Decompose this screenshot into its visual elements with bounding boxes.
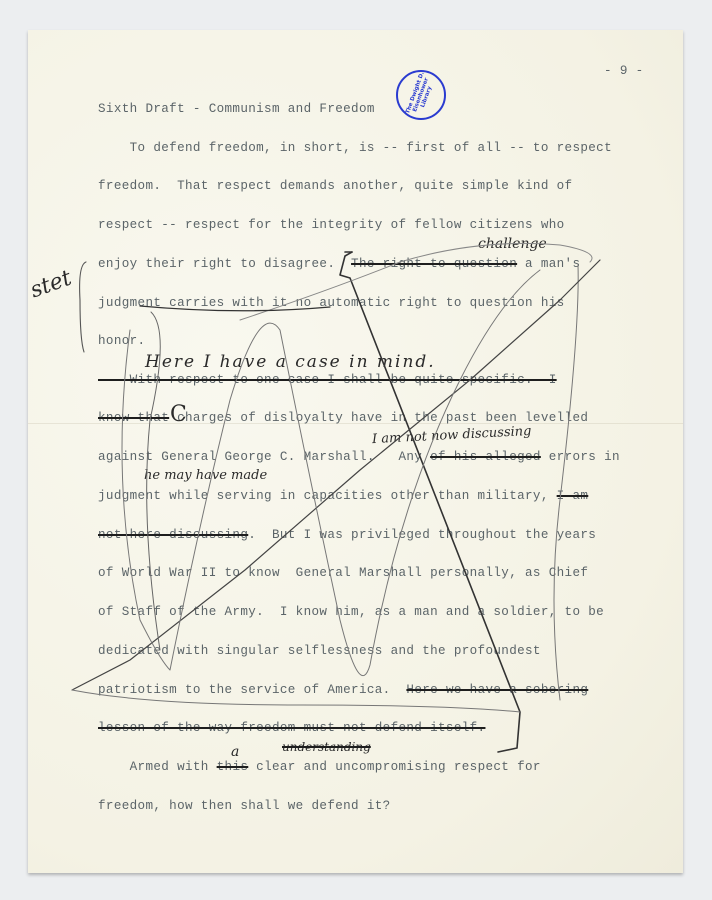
page-number: - 9 - <box>604 64 644 78</box>
typed-segment: judgment while serving in capacities oth… <box>98 489 557 503</box>
typed-segment: charges of disloyalty have in the past b… <box>169 411 588 425</box>
typed-line: To defend freedom, in short, is -- first… <box>98 141 612 155</box>
typed-line: honor. <box>98 334 145 348</box>
typed-segment: errors in <box>541 450 620 464</box>
typed-line: Armed with this clear and uncompromising… <box>98 760 541 774</box>
handwritten-case-in-mind: Here I have a case in mind. <box>145 352 436 372</box>
typed-line: enjoy their right to disagree. The right… <box>98 257 580 271</box>
typed-segment: enjoy their right to disagree. <box>98 257 351 271</box>
typed-line-struck: With respect to one case I shall be quit… <box>98 373 557 387</box>
typed-segment: Armed with <box>98 760 217 774</box>
handwritten-may-have-made: he may have made <box>144 468 267 483</box>
handwritten-a: a <box>231 744 239 760</box>
typed-line: respect -- respect for the integrity of … <box>98 218 565 232</box>
typed-line: judgment carries with it no automatic ri… <box>98 296 565 310</box>
typed-line: of World War II to know General Marshall… <box>98 566 588 580</box>
struck-segment: not here discussing <box>98 528 248 542</box>
typed-line: of Staff of the Army. I know him, as a m… <box>98 605 604 619</box>
library-stamp: The Dwight D. Eisenhower Library <box>396 70 446 120</box>
handwritten-capital-c: C <box>170 402 187 427</box>
typed-line: dedicated with singular selflessness and… <box>98 644 541 658</box>
typed-line: freedom, how then shall we defend it? <box>98 799 391 813</box>
struck-segment: Here we have a sobering <box>406 683 588 697</box>
typed-segment: . But I was privileged throughout the ye… <box>248 528 596 542</box>
handwritten-understanding: understanding <box>282 740 371 754</box>
handwritten-challenge: challenge <box>478 236 547 252</box>
document-title: Sixth Draft - Communism and Freedom <box>98 102 375 116</box>
typed-line: judgment while serving in capacities oth… <box>98 489 588 503</box>
typed-line: patriotism to the service of America. He… <box>98 683 588 697</box>
typed-segment: against General George C. Marshall. Any <box>98 450 430 464</box>
struck-segment: this <box>217 760 249 774</box>
struck-segment: of his alleged <box>430 450 541 464</box>
struck-segment: I am <box>557 489 589 503</box>
typed-segment: clear and uncompromising respect for <box>248 760 541 774</box>
typed-line: against General George C. Marshall. Any … <box>98 450 620 464</box>
typed-line: not here discussing. But I was privilege… <box>98 528 596 542</box>
struck-segment: The right to question <box>351 257 517 271</box>
typed-line-struck: lesson of the way freedom must not defen… <box>98 721 485 735</box>
typed-segment: patriotism to the service of America. <box>98 683 406 697</box>
struck-segment: know that <box>98 411 169 425</box>
typed-line: freedom. That respect demands another, q… <box>98 179 572 193</box>
typed-segment: a man's <box>517 257 580 271</box>
